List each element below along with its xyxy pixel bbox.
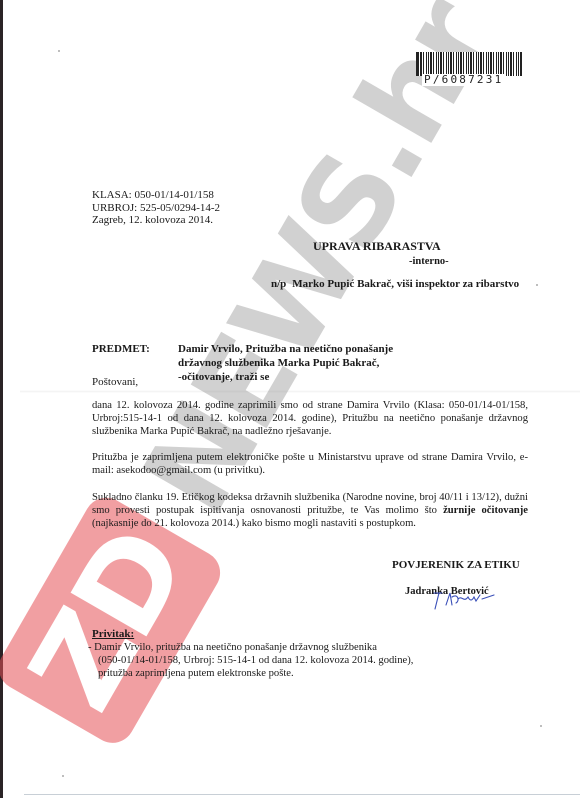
paragraph-line: Urbroj:515-14-1 od dana 12. kolovoza 201… [92, 412, 528, 425]
handwritten-signature-icon [428, 589, 498, 611]
addressee-subtitle: -interno- [409, 255, 449, 268]
paragraph-request: Sukladno članku 19. Etičkog kodeksa drža… [92, 491, 528, 530]
paragraph-line: službenika Marka Pupić Bakrač, na nadlež… [92, 425, 528, 438]
document-meta: KLASA: 050-01/14-01/158 URBROJ: 525-05/0… [92, 189, 220, 227]
attachment-title: Privitak: [92, 628, 134, 641]
paragraph-email: Pritužba je zaprimljena putem elektronič… [92, 451, 528, 477]
addressee-title: UPRAVA RIBARASTVA [313, 240, 441, 253]
subject-line: državnog službenika Marka Pupić Bakrač, [178, 356, 393, 370]
np-prefix: n/p [271, 278, 286, 290]
scan-speck [536, 284, 538, 286]
subject-line: Damir Vrvilo, Pritužba na neetično ponaš… [178, 342, 393, 356]
signatory-title: POVJERENIK ZA ETIKU [392, 559, 520, 572]
attachment-line: - Damir Vrvilo, pritužba na neetično pon… [88, 641, 413, 654]
urbroj: URBROJ: 525-05/0294-14-2 [92, 202, 220, 215]
paragraph-text: smo provesti postupak ispitivanja osnova… [92, 505, 443, 516]
klasa: KLASA: 050-01/14-01/158 [92, 189, 220, 202]
paragraph-line: Pritužba je zaprimljena putem elektronič… [92, 451, 528, 464]
subject-label: PREDMET: [92, 343, 150, 356]
paragraph-line-with-emphasis: smo provesti postupak ispitivanja osnova… [92, 504, 528, 517]
place-date: Zagreb, 12. kolovoza 2014. [92, 214, 220, 227]
recipient: n/pMarko Pupić Bakrač, viši inspektor za… [271, 278, 519, 291]
paragraph-line: (najkasnije do 21. kolovoza 2014.) kako … [92, 517, 528, 530]
paragraph-line: dana 12. kolovoza 2014. godine zaprimili… [92, 399, 528, 412]
scan-speck [540, 725, 542, 727]
attachment-line: pritužba zaprimljena putem elektronske p… [88, 667, 413, 680]
urgent-emphasis: žurnije očitovanje [443, 505, 528, 516]
greeting: Poštovani, [92, 376, 138, 389]
subject-line: -očitovanje, traži se [178, 370, 393, 384]
scan-speck [62, 775, 64, 777]
paragraph-received: dana 12. kolovoza 2014. godine zaprimili… [92, 399, 528, 438]
barcode-number: P/6087231 [422, 74, 505, 86]
barcode: P/6087231 [416, 52, 518, 86]
paragraph-line: Sukladno članku 19. Etičkog kodeksa drža… [92, 491, 528, 504]
scan-speck [58, 50, 60, 52]
paragraph-line: mail: asekodoo@gmail.com (u privitku). [92, 464, 528, 477]
attachment-list: - Damir Vrvilo, pritužba na neetično pon… [88, 641, 413, 680]
attachment-line: (050-01/14-01/158, Urbroj: 515-14-1 od d… [88, 654, 413, 667]
recipient-name: Marko Pupić Bakrač, viši inspektor za ri… [292, 278, 519, 290]
subject-text: Damir Vrvilo, Pritužba na neetično ponaš… [178, 342, 393, 384]
document-page: P/6087231 KLASA: 050-01/14-01/158 URBROJ… [0, 0, 580, 798]
